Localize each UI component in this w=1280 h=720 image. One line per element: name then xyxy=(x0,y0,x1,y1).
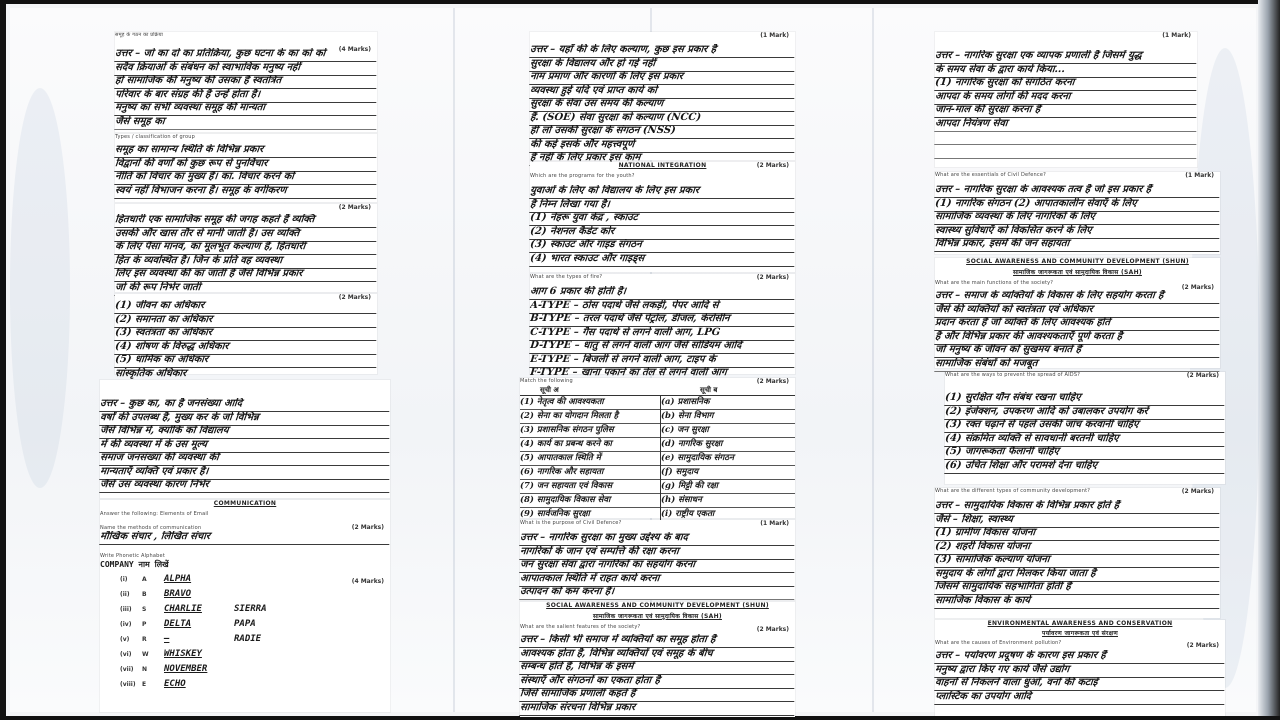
answer-line: (4) संक्रमित व्यक्ति से सावधानी बरतनी चा… xyxy=(944,433,1225,447)
answer-line: जिसमें सामुदायिक सहभागिता होती है xyxy=(934,581,1220,595)
answer-line: है निम्न लिखा गया है। xyxy=(529,199,795,213)
answer-sheet-block: What are the different types of communit… xyxy=(935,488,1220,618)
answer-line: (4) भारत स्काउट और गाइड्स xyxy=(529,253,795,267)
section-title: NATIONAL INTEGRATION xyxy=(530,162,795,169)
answer-line: जैसे – शिक्षा, स्वास्थ्य xyxy=(934,514,1220,528)
list-item: (v)R—RADIE xyxy=(120,632,390,647)
list-item: (iii)SCHARLIESIERRA xyxy=(120,602,390,617)
answer-line: उत्तर – किसी भी समाज में व्यक्तियों का स… xyxy=(519,634,795,648)
scan-border-right xyxy=(1258,0,1280,720)
answer-line: उत्तर – नागरिक सुरक्षा के आवश्यक तत्व है… xyxy=(934,184,1220,198)
answer-line: (3) स्काउट और गाइड संगठन xyxy=(529,239,795,253)
answer-sheet-block: (2 Marks) हितधारी एक सामाजिक समूह की जगह… xyxy=(115,204,377,292)
answer-line: (4) शोषण के विरुद्ध अधिकार xyxy=(114,341,377,355)
answer-line: A-TYPE – ठोस पदार्थ जैसे लकड़ी, पेपर आदि… xyxy=(529,300,795,314)
answer-line: आवश्यक होता है, विभिन्न व्यक्तियों एवं स… xyxy=(519,648,795,662)
answer-line: सुरक्षा के विद्यालय और हो गई नहीं xyxy=(529,58,795,72)
answer-sheet-block: उत्तर – कुछ का, का है जनसंख्या आदि वर्षो… xyxy=(100,380,390,498)
answer-line: नागरिकों के जान एवं सम्पत्ति की रक्षा कर… xyxy=(519,546,795,560)
table-cell: (c) जन सुरक्षा xyxy=(661,424,795,438)
answer-line: विभिन्न प्रकार, इसमें की जन सहायता xyxy=(934,238,1220,252)
table-cell: (b) सेना विभाग xyxy=(661,410,795,424)
answer-line: समुदाय के लोगों द्वारा मिलकर किया जाता ह… xyxy=(934,568,1220,582)
marks-label: (1 Mark) xyxy=(1162,32,1191,39)
list-item: (iv)PDELTAPAPA xyxy=(120,617,390,632)
answer-sheet-block: What is the purpose of Civil Defence? (1… xyxy=(520,520,795,600)
table-header: सूची ब xyxy=(680,386,717,395)
table-cell: (e) सामुदायिक संगठन xyxy=(661,452,795,466)
answer-line: मान्यताएँ व्यक्ति एवं प्रकार है। xyxy=(99,466,390,480)
section-title: COMMUNICATION xyxy=(100,500,390,507)
answer-line: ही लो उसकी सुरक्षा के संगठन (NSS) xyxy=(529,125,795,139)
answer-line: नीति को विचार का मुख्य है। का. विचार करन… xyxy=(114,171,377,185)
answer-line: उत्तर – यहाँ की के लिए कल्याण, कुछ इस प्… xyxy=(529,44,795,58)
communication-section: COMMUNICATION Answer the following: Elem… xyxy=(100,500,390,712)
answer-line: (1) जीवन का अधिकार xyxy=(114,300,377,314)
answer-line: (3) सामाजिक कल्याण योजना xyxy=(934,554,1220,568)
answer-line: मनुष्य का सभी व्यवस्था समूह की मान्यता xyxy=(114,102,377,116)
answer-line: हितधारी एक सामाजिक समूह की जगह कहते हैं … xyxy=(114,214,377,228)
answer-sheet-block: What are the essentials of Civil Defence… xyxy=(935,172,1220,254)
answer-line: सामाजिक संरचना विभिन्न प्रकार xyxy=(519,702,795,716)
answer-sheet-block: What are the ways to prevent the spread … xyxy=(945,372,1225,484)
table-cell: (4) कार्य का प्रबन्ध करने का xyxy=(520,438,660,452)
answer-line: D-TYPE – धातु से लगने वाली आग जैसे सोडिय… xyxy=(529,340,795,354)
table-cell: (3) प्रशासनिक संगठन पुलिस xyxy=(520,424,660,438)
answer-line: उत्तर – जो का दो का प्रतिक्रिया, कुछ घटन… xyxy=(114,48,377,62)
answer-line: सामाजिक विकास के कार्य xyxy=(934,595,1220,609)
marks-label: (2 Marks) xyxy=(1187,642,1219,649)
answer-line: (5) जागरूकता फैलानी चाहिए xyxy=(944,446,1225,460)
table-cell: (g) मिट्टी की रक्षा xyxy=(661,480,795,494)
marks-label: (2 Marks) xyxy=(757,274,789,281)
answer-line: विद्वानों की वर्णों को कुछ रूप से पुनर्व… xyxy=(114,158,377,172)
table-cell: (d) नागरिक सुरक्षा xyxy=(661,438,795,452)
marks-label: (2 Marks) xyxy=(757,378,789,385)
answer-line: जन सुरक्षा सेवा द्वारा नागरिकों का सहयोग… xyxy=(519,559,795,573)
answer-line: वर्षों की उपलब्ध है, मुख्य कर के जो विभि… xyxy=(99,412,390,426)
answer-line: सामाजिक संबंधों को मजबूत xyxy=(934,358,1220,372)
table-cell: (6) नागरिक और सहायता xyxy=(520,466,660,480)
section-title: ENVIRONMENTAL AWARENESS AND CONSERVATION xyxy=(935,620,1225,627)
section-title: SOCIAL AWARENESS AND COMMUNITY DEVELOPME… xyxy=(520,602,795,609)
table-cell: (5) आपातकाल स्थिति में xyxy=(520,452,660,466)
blank-answer-line xyxy=(934,131,1197,145)
answer-line: वाहनों से निकलने वाला धुआँ, वनों की कटाई xyxy=(934,677,1225,691)
section-subtitle: सामाजिक जागरूकता एवं सामुदायिक विकास (SA… xyxy=(520,612,795,620)
answer-line: (3) रक्त चढ़ाने से पहले उसकी जांच करवानी… xyxy=(944,419,1225,433)
section-title: SOCIAL AWARENESS AND COMMUNITY DEVELOPME… xyxy=(935,258,1220,265)
answer-sheet-block: Types / classification of group समूह का … xyxy=(115,134,377,202)
table-cell: (2) सेना का योगदान मिलता है xyxy=(520,410,660,424)
marks-label: (1 Mark) xyxy=(760,520,789,527)
answer-line: C-TYPE – गैस पदार्थ से लगने वाली आग, LPG xyxy=(529,327,795,341)
answer-line: हित के व्यवस्थित है। जिन के प्रति वह व्य… xyxy=(114,255,377,269)
answer-line: (2) नेशनल कैडेट कोर xyxy=(529,226,795,240)
answer-line: प्रदान करता है जो व्यक्ति के लिए आवश्यक … xyxy=(934,317,1220,331)
answer-line: आग 6 प्रकार की होती है। xyxy=(529,286,795,300)
question-text: Answer the following: Elements of Email xyxy=(100,511,390,517)
list-item: (vii)NNOVEMBER xyxy=(120,662,390,677)
table-cell: (a) प्रशासनिक xyxy=(661,396,795,410)
answer-sheet-block: (2 Marks) (1) जीवन का अधिकार (2) समानता … xyxy=(115,294,377,374)
answer-line: (1) नेहरू युवा केंद्र , स्काउट xyxy=(529,212,795,226)
marks-label: (1 Mark) xyxy=(760,32,789,39)
table-cell: (h) संसाधन xyxy=(661,494,795,508)
answer-sheet-block: What are the types of fire? (2 Marks) आग… xyxy=(530,274,795,374)
marks-label: (4 Marks) xyxy=(352,578,384,585)
answer-line: जो की रूप निर्भर जाती xyxy=(114,282,377,296)
paper-fold-line xyxy=(453,8,455,712)
list-item: (viii)EECHO xyxy=(120,677,390,692)
marks-label: (2 Marks) xyxy=(339,204,371,211)
table-header: सूची अ xyxy=(520,386,680,395)
answer-line: उत्पादन को कम करना है। xyxy=(519,586,795,600)
question-text: Match the following xyxy=(520,378,795,384)
answer-line: नाम प्रमाण और कारणों के लिए इस प्रकार xyxy=(529,71,795,85)
table-cell: (1) नेतृत्व की आवश्यकता xyxy=(520,396,660,410)
answer-line: स्वयं नहीं विभाजन करना है। समूह के वर्गी… xyxy=(114,185,377,199)
answer-line: (1) ग्रामीण विकास योजना xyxy=(934,527,1220,541)
answer-line: (1) नागरिक संगठन (2) आपातकालीन सेवाएँ के… xyxy=(934,198,1220,212)
answer-line: उत्तर – नागरिक सुरक्षा एक व्यापक प्रणाली… xyxy=(934,50,1197,64)
answer-line: की कई इसके और महत्त्वपूर्ण xyxy=(529,139,795,153)
answer-line: जैसे विभिन्न में, क्योंकि को विद्यालय xyxy=(99,425,390,439)
table-cell: (7) जन सहायता एवं विकास xyxy=(520,480,660,494)
answer-line: में की व्यवस्था में के उस मूल्य xyxy=(99,439,390,453)
answer-line: मौखिक संचार , लिखित संचार xyxy=(99,531,390,545)
marks-label: (2 Marks) xyxy=(757,162,789,169)
answer-line: आपदा के समय लोगों की मदद करना xyxy=(934,91,1197,105)
marks-label: (2 Marks) xyxy=(1187,372,1219,379)
answer-line: (5) धार्मिक का अधिकार xyxy=(114,354,377,368)
answer-line: हो सामाजिक की मनुष्य की उसका है स्वतंत्र… xyxy=(114,75,377,89)
answer-line: सांस्कृतिक अधिकार xyxy=(114,368,377,382)
answer-line: (1) नागरिक सुरक्षा को संगठित करना xyxy=(934,77,1197,91)
answer-line: है और विभिन्न प्रकार की आवश्यकताएँ पूर्ण… xyxy=(934,331,1220,345)
marks-label: (1 Mark) xyxy=(1185,172,1214,179)
marks-label: (2 Marks) xyxy=(1182,488,1214,495)
paper-crease-shadow xyxy=(10,88,70,488)
answer-line: युवाओं के लिए को विद्यालय के लिए इस प्रक… xyxy=(529,185,795,199)
answer-line: जैसे की व्यक्तियों को स्वतंत्रता एवं अधि… xyxy=(934,304,1220,318)
answer-line: मनुष्य द्वारा किए गए कार्य जैसे उद्योग xyxy=(934,664,1225,678)
answer-line: जैसे समूह का xyxy=(114,116,377,130)
answer-line: जिसे सामाजिक प्रणाली कहते हैं xyxy=(519,688,795,702)
paper-fold-line xyxy=(872,8,874,712)
marks-label: (2 Marks) xyxy=(757,626,789,633)
answer-line: उत्तर – पर्यावरण प्रदूषण के कारण इस प्रक… xyxy=(934,650,1225,664)
answer-line: जान-माल की सुरक्षा करना है xyxy=(934,104,1197,118)
answer-line: लिए इस व्यवस्था की का जाती है जैसे विभिन… xyxy=(114,268,377,282)
answer-line: उत्तर – सामुदायिक विकास के विभिन्न प्रका… xyxy=(934,500,1220,514)
list-item: (ii)BBRAVO xyxy=(120,587,390,602)
answer-sheet-block: NATIONAL INTEGRATION (2 Marks) Which are… xyxy=(530,162,795,272)
table-cell: (f) समुदाय xyxy=(661,466,795,480)
answer-line: उसकी और खास तौर से मानी जाती है। उस व्यक… xyxy=(114,228,377,242)
answer-line: प्लास्टिक का उपयोग आदि xyxy=(934,691,1225,705)
section-subtitle: सामाजिक जागरूकता एवं सामुदायिक विकास (SA… xyxy=(935,268,1220,276)
section-subtitle: पर्यावरण जागरूकता एवं संरक्षण xyxy=(935,629,1225,637)
list-item: (i)AALPHA xyxy=(120,572,390,587)
answer-line: उत्तर – कुछ का, का है जनसंख्या आदि xyxy=(99,398,390,412)
phonetic-list: (i)AALPHA (ii)BBRAVO (iii)SCHARLIESIERRA… xyxy=(100,572,390,692)
answer-sheet-block: (1 Mark) उत्तर – यहाँ की के लिए कल्याण, … xyxy=(530,32,795,160)
answer-line: जो मनुष्य के जीवन को सुखमय बनाते हैं xyxy=(934,344,1220,358)
answer-line: (2) शहरी विकास योजना xyxy=(934,541,1220,555)
answer-line: संस्थाएँ और संगठनों का एकता होता है xyxy=(519,675,795,689)
phonetic-prompt: COMPANY नाम लिखें xyxy=(100,559,390,570)
social-awareness-section: SOCIAL AWARENESS AND COMMUNITY DEVELOPME… xyxy=(520,602,795,717)
answer-line: (2) इंजेक्शन, उपकरण आदि को उबालकर उपयोग … xyxy=(944,406,1225,420)
match-the-following: Match the following (2 Marks) सूची अ सूच… xyxy=(520,378,795,518)
answer-line: के समय सेवा के द्वारा कार्य किया... xyxy=(934,64,1197,78)
answer-line: (6) उचित शिक्षा और परामर्श देना चाहिए xyxy=(944,460,1225,474)
scan-border-left xyxy=(0,0,6,720)
answer-line: आपातकाल स्थिति में राहत कार्य करना xyxy=(519,573,795,587)
answer-line: जैसे उस व्यवस्था कारण निर्भर xyxy=(99,479,390,493)
answer-line: आपदा नियंत्रण सेवा xyxy=(934,118,1197,132)
scan-border-top xyxy=(0,0,1280,4)
marks-label: (2 Marks) xyxy=(352,524,384,531)
answer-line: स्वास्थ्य सुविधाएँ को विकसित करने के लिए xyxy=(934,225,1220,239)
answer-line: E-TYPE – बिजली से लगने वाली आग, टाइप के xyxy=(529,354,795,368)
answer-sheet-block: (1 Mark) उत्तर – नागरिक सुरक्षा एक व्याप… xyxy=(935,32,1197,167)
list-item: (vi)WWHISKEY xyxy=(120,647,390,662)
answer-line: (1) सुरक्षित यौन संबंध रखना चाहिए xyxy=(944,392,1225,406)
answer-line: सदैव क्रियाओं के संबंधन को स्वाभाविक मनु… xyxy=(114,62,377,76)
answer-line: सम्बन्ध होते हैं, विभिन्न के इसमें xyxy=(519,661,795,675)
environment-section: ENVIRONMENTAL AWARENESS AND CONSERVATION… xyxy=(935,620,1225,716)
table-cell: (8) सामुदायिक विकास सेवा xyxy=(520,494,660,508)
answer-line: उत्तर – समाज के व्यक्तियों के विकास के ल… xyxy=(934,290,1220,304)
answer-line: समूह का सामान्य स्थिति के विभिन्न प्रकार xyxy=(114,144,377,158)
answer-line: के लिए पैसा मानव, का मूलभूत कल्याण है, ह… xyxy=(114,241,377,255)
answer-line: परिवार के बार संग्रह की है उन्हें होता ह… xyxy=(114,89,377,103)
answer-line: व्यवस्था हुई यदि एवं प्राप्त कार्य को xyxy=(529,85,795,99)
answer-line: सुरक्षा के सेवा उस समय की कल्याण xyxy=(529,98,795,112)
answer-line: B-TYPE – तरल पदार्थ जैसे पेट्रोल, डीजल, … xyxy=(529,313,795,327)
answer-sheet-block: समूह के गठन का प्रक्रिया (4 Marks) उत्तर… xyxy=(115,32,377,132)
answer-line: सामाजिक व्यवस्था के लिए नागरिकों के लिए xyxy=(934,211,1220,225)
answer-line: हैं. (SOE) सेवा सुरक्षा को कल्याण (NCC) xyxy=(529,112,795,126)
answer-line: (2) समानता का अधिकार xyxy=(114,314,377,328)
blank-answer-line xyxy=(934,145,1197,159)
answer-line: (3) स्वतंत्रता का अधिकार xyxy=(114,327,377,341)
match-table: (1) नेतृत्व की आवश्यकता (2) सेना का योगद… xyxy=(520,395,795,522)
answer-line: समाज जनसंख्या की व्यवस्था की xyxy=(99,452,390,466)
social-awareness-section: SOCIAL AWARENESS AND COMMUNITY DEVELOPME… xyxy=(935,258,1220,368)
answer-line: उत्तर – नागरिक सुरक्षा का मुख्य उद्देश्य… xyxy=(519,532,795,546)
